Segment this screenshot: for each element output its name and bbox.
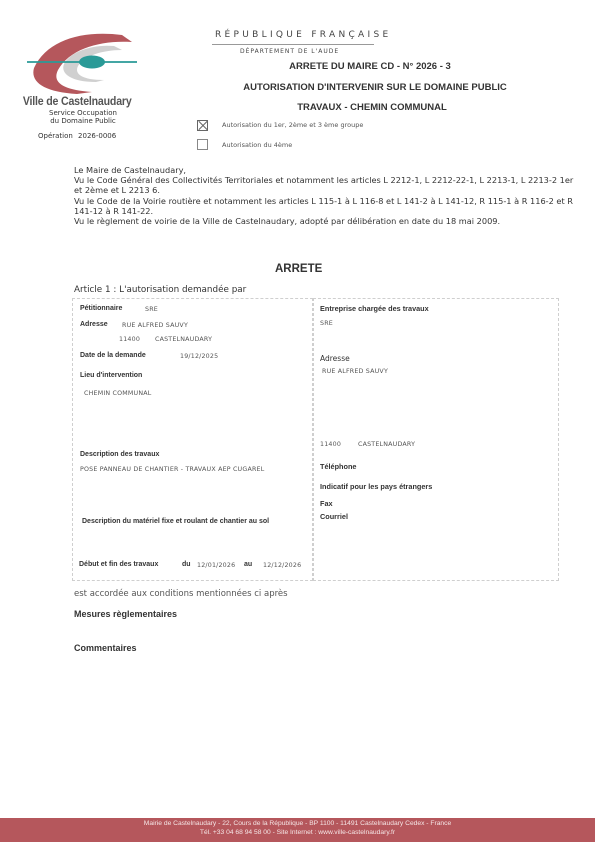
preamble-line: Vu le règlement de voirie de la Ville de…: [74, 216, 574, 226]
dates-label: Début et fin des travaux: [79, 561, 158, 568]
footer-contact: Tél. +33 04 68 94 58 00 - Site Internet …: [0, 829, 595, 836]
petitionnaire-label: Pétitionnaire: [80, 305, 122, 312]
checkbox-group-4-label: Autorisation du 4ème: [222, 141, 292, 149]
commentaires-heading: Commentaires: [74, 643, 137, 653]
mesures-heading: Mesures règlementaires: [74, 609, 177, 619]
indicatif-label: Indicatif pour les pays étrangers: [320, 482, 432, 491]
description-value: POSE PANNEAU DE CHANTIER - TRAVAUX AEP C…: [80, 466, 264, 473]
works-title: TRAVAUX - CHEMIN COMMUNAL: [207, 102, 537, 113]
preamble-line: Le Maire de Castelnaudary,: [74, 165, 574, 175]
entreprise-cp: 11400: [320, 441, 341, 448]
fax-label: Fax: [320, 499, 333, 508]
footer-address: Mairie de Castelnaudary - 22, Cours de l…: [0, 820, 595, 827]
checkbox-groups-1-3[interactable]: [197, 120, 208, 131]
republique-heading: RÉPUBLIQUE FRANÇAISE: [215, 30, 391, 40]
telephone-label: Téléphone: [320, 462, 357, 471]
adresse-label: Adresse: [80, 321, 108, 328]
preamble-line: Vu le Code de la Voirie routière et nota…: [74, 196, 574, 216]
start-date: 12/01/2026: [197, 562, 235, 569]
petitionnaire-value: SRE: [145, 306, 158, 313]
service-name-line2: du Domaine Public: [22, 117, 144, 125]
date-demande-label: Date de la demande: [80, 352, 146, 359]
adresse-cp: 11400: [119, 336, 140, 343]
lieu-label: Lieu d'intervention: [80, 372, 142, 379]
article-1: Article 1 : L'autorisation demandée par: [74, 285, 246, 295]
entreprise-value: SRE: [320, 320, 333, 327]
au-label: au: [244, 561, 252, 568]
city-name: Ville de Castelnaudary: [22, 96, 132, 108]
granted-conditions-text: est accordée aux conditions mentionnées …: [74, 589, 288, 599]
date-demande-value: 19/12/2025: [180, 353, 218, 360]
entreprise-ville: CASTELNAUDARY: [358, 441, 415, 448]
company-box: [313, 298, 559, 581]
end-date: 12/12/2026: [263, 562, 301, 569]
entreprise-adresse-value: RUE ALFRED SAUVY: [322, 368, 388, 375]
header-divider: [212, 44, 374, 45]
arrete-number-title: ARRETE DU MAIRE CD - N° 2026 - 3: [205, 61, 535, 72]
operation-number: Opération 2026-0006: [38, 132, 116, 140]
departement-heading: DÉPARTEMENT DE L'AUDE: [240, 48, 339, 55]
adresse-ville: CASTELNAUDARY: [155, 336, 212, 343]
service-name-line1: Service Occupation: [22, 109, 144, 117]
arrete-heading: ARRETE: [275, 263, 322, 275]
materiel-label: Description du matériel fixe et roulant …: [82, 518, 269, 525]
city-logo-icon: [22, 30, 142, 96]
du-label: du: [182, 561, 191, 568]
preamble-line: Vu le Code Général des Collectivités Ter…: [74, 175, 574, 195]
checkbox-group-4[interactable]: [197, 139, 208, 150]
adresse-value: RUE ALFRED SAUVY: [122, 322, 188, 329]
authorization-title: AUTORISATION D'INTERVENIR SUR LE DOMAINE…: [210, 82, 540, 93]
entreprise-label: Entreprise chargée des travaux: [320, 304, 429, 313]
lieu-value: CHEMIN COMMUNAL: [84, 390, 151, 397]
checkbox-groups-1-3-label: Autorisation du 1er, 2ème et 3 ème group…: [222, 121, 363, 129]
entreprise-adresse-label: Adresse: [320, 354, 350, 363]
preamble: Le Maire de Castelnaudary, Vu le Code Gé…: [74, 165, 574, 226]
description-label: Description des travaux: [80, 451, 159, 458]
courriel-label: Courriel: [320, 512, 348, 521]
